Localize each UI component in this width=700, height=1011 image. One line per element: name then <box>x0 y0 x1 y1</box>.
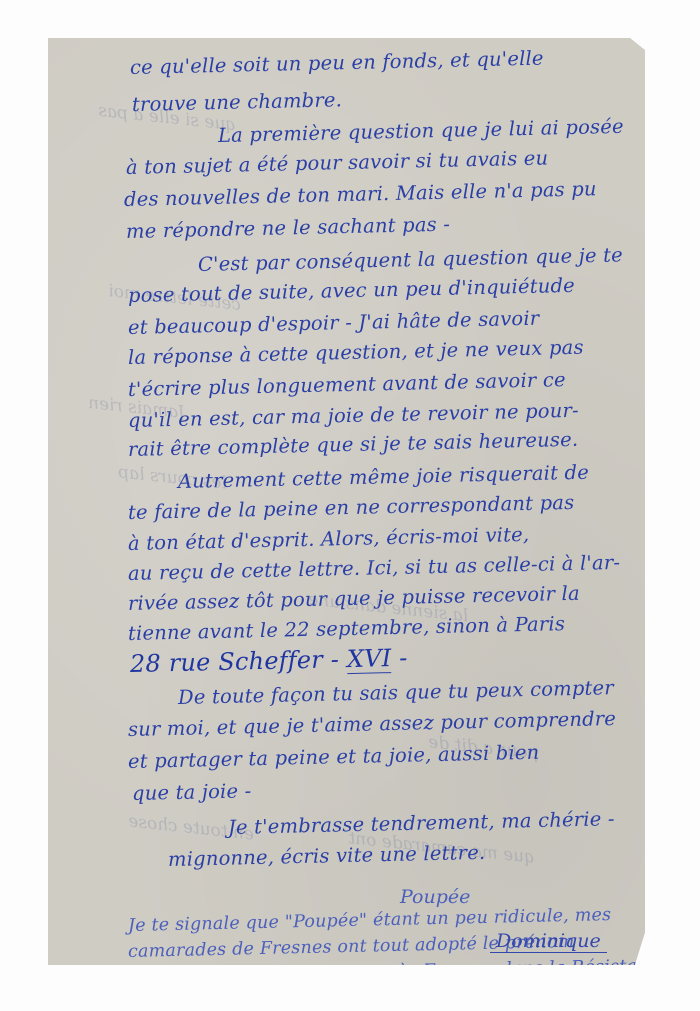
inserted-word: Poupée <box>400 886 470 908</box>
letter-line: rivée assez tôt pour que je puisse recev… <box>128 582 580 615</box>
letter-line: au reçu de cette lettre. Ici, si tu as c… <box>128 551 621 585</box>
letter-line: Autrement cette même joie risquerait de <box>178 461 589 493</box>
letter-line: et partager ta peine et ta joie, aussi b… <box>128 741 540 773</box>
letter-line: t'écrire plus longuement avant de savoir… <box>128 368 566 401</box>
letter-line: à ton état d'esprit. Alors, écris-moi vi… <box>128 523 530 555</box>
letter-line: à ton sujet a été pour savoir si tu avai… <box>126 146 549 179</box>
postscript-line: sous lequel j'étais connue après Fresnes… <box>128 956 670 988</box>
address-arrondissement: XVI <box>347 644 392 674</box>
letter-line: C'est par conséquent la question que je … <box>198 243 623 276</box>
letter-line: me répondre ne le sachant pas - <box>126 213 451 243</box>
letter-line: Je t'embrasse tendrement, ma chérie - <box>228 807 615 839</box>
letter-line: trouve une chambre. <box>132 88 342 116</box>
letter-line: et beaucoup d'espoir - J'ai hâte de savo… <box>128 307 540 339</box>
address-street: rue Scheffer <box>168 646 323 677</box>
letter-line: que ta joie - <box>132 779 252 805</box>
letter-line: qu'il en est, car ma joie de te revoir n… <box>128 399 579 432</box>
address-number: 28 <box>130 649 162 678</box>
letter-page: que si elle a pas cette lettre moi Jamai… <box>48 38 645 965</box>
letter-line: ce qu'elle soit un peu en fonds, et qu'e… <box>130 47 544 79</box>
address-line: 28 rue Scheffer - XVI - <box>130 644 408 678</box>
letter-line: des nouvelles de ton mari. Mais elle n'a… <box>124 177 597 211</box>
letter-line: la réponse à cette question, et je ne ve… <box>128 336 584 369</box>
letter-line: te faire de la peine en ne correspondant… <box>128 491 575 524</box>
letter-line: rait être complète que si je te sais heu… <box>128 428 579 461</box>
letter-line: pose tout de suite, avec un peu d'inquié… <box>128 274 575 307</box>
signature: Dominique <box>490 930 607 953</box>
letter-line: mignonne, écris vite une lettre. <box>168 841 486 871</box>
letter-line: tienne avant le 22 septembre, sinon à Pa… <box>128 612 566 645</box>
letter-line: La première question que je lui ai posée <box>218 115 624 147</box>
letter-line: sur moi, et que je t'aime assez pour com… <box>128 707 617 741</box>
letter-line: De toute façon tu sais que tu peux compt… <box>178 676 614 709</box>
